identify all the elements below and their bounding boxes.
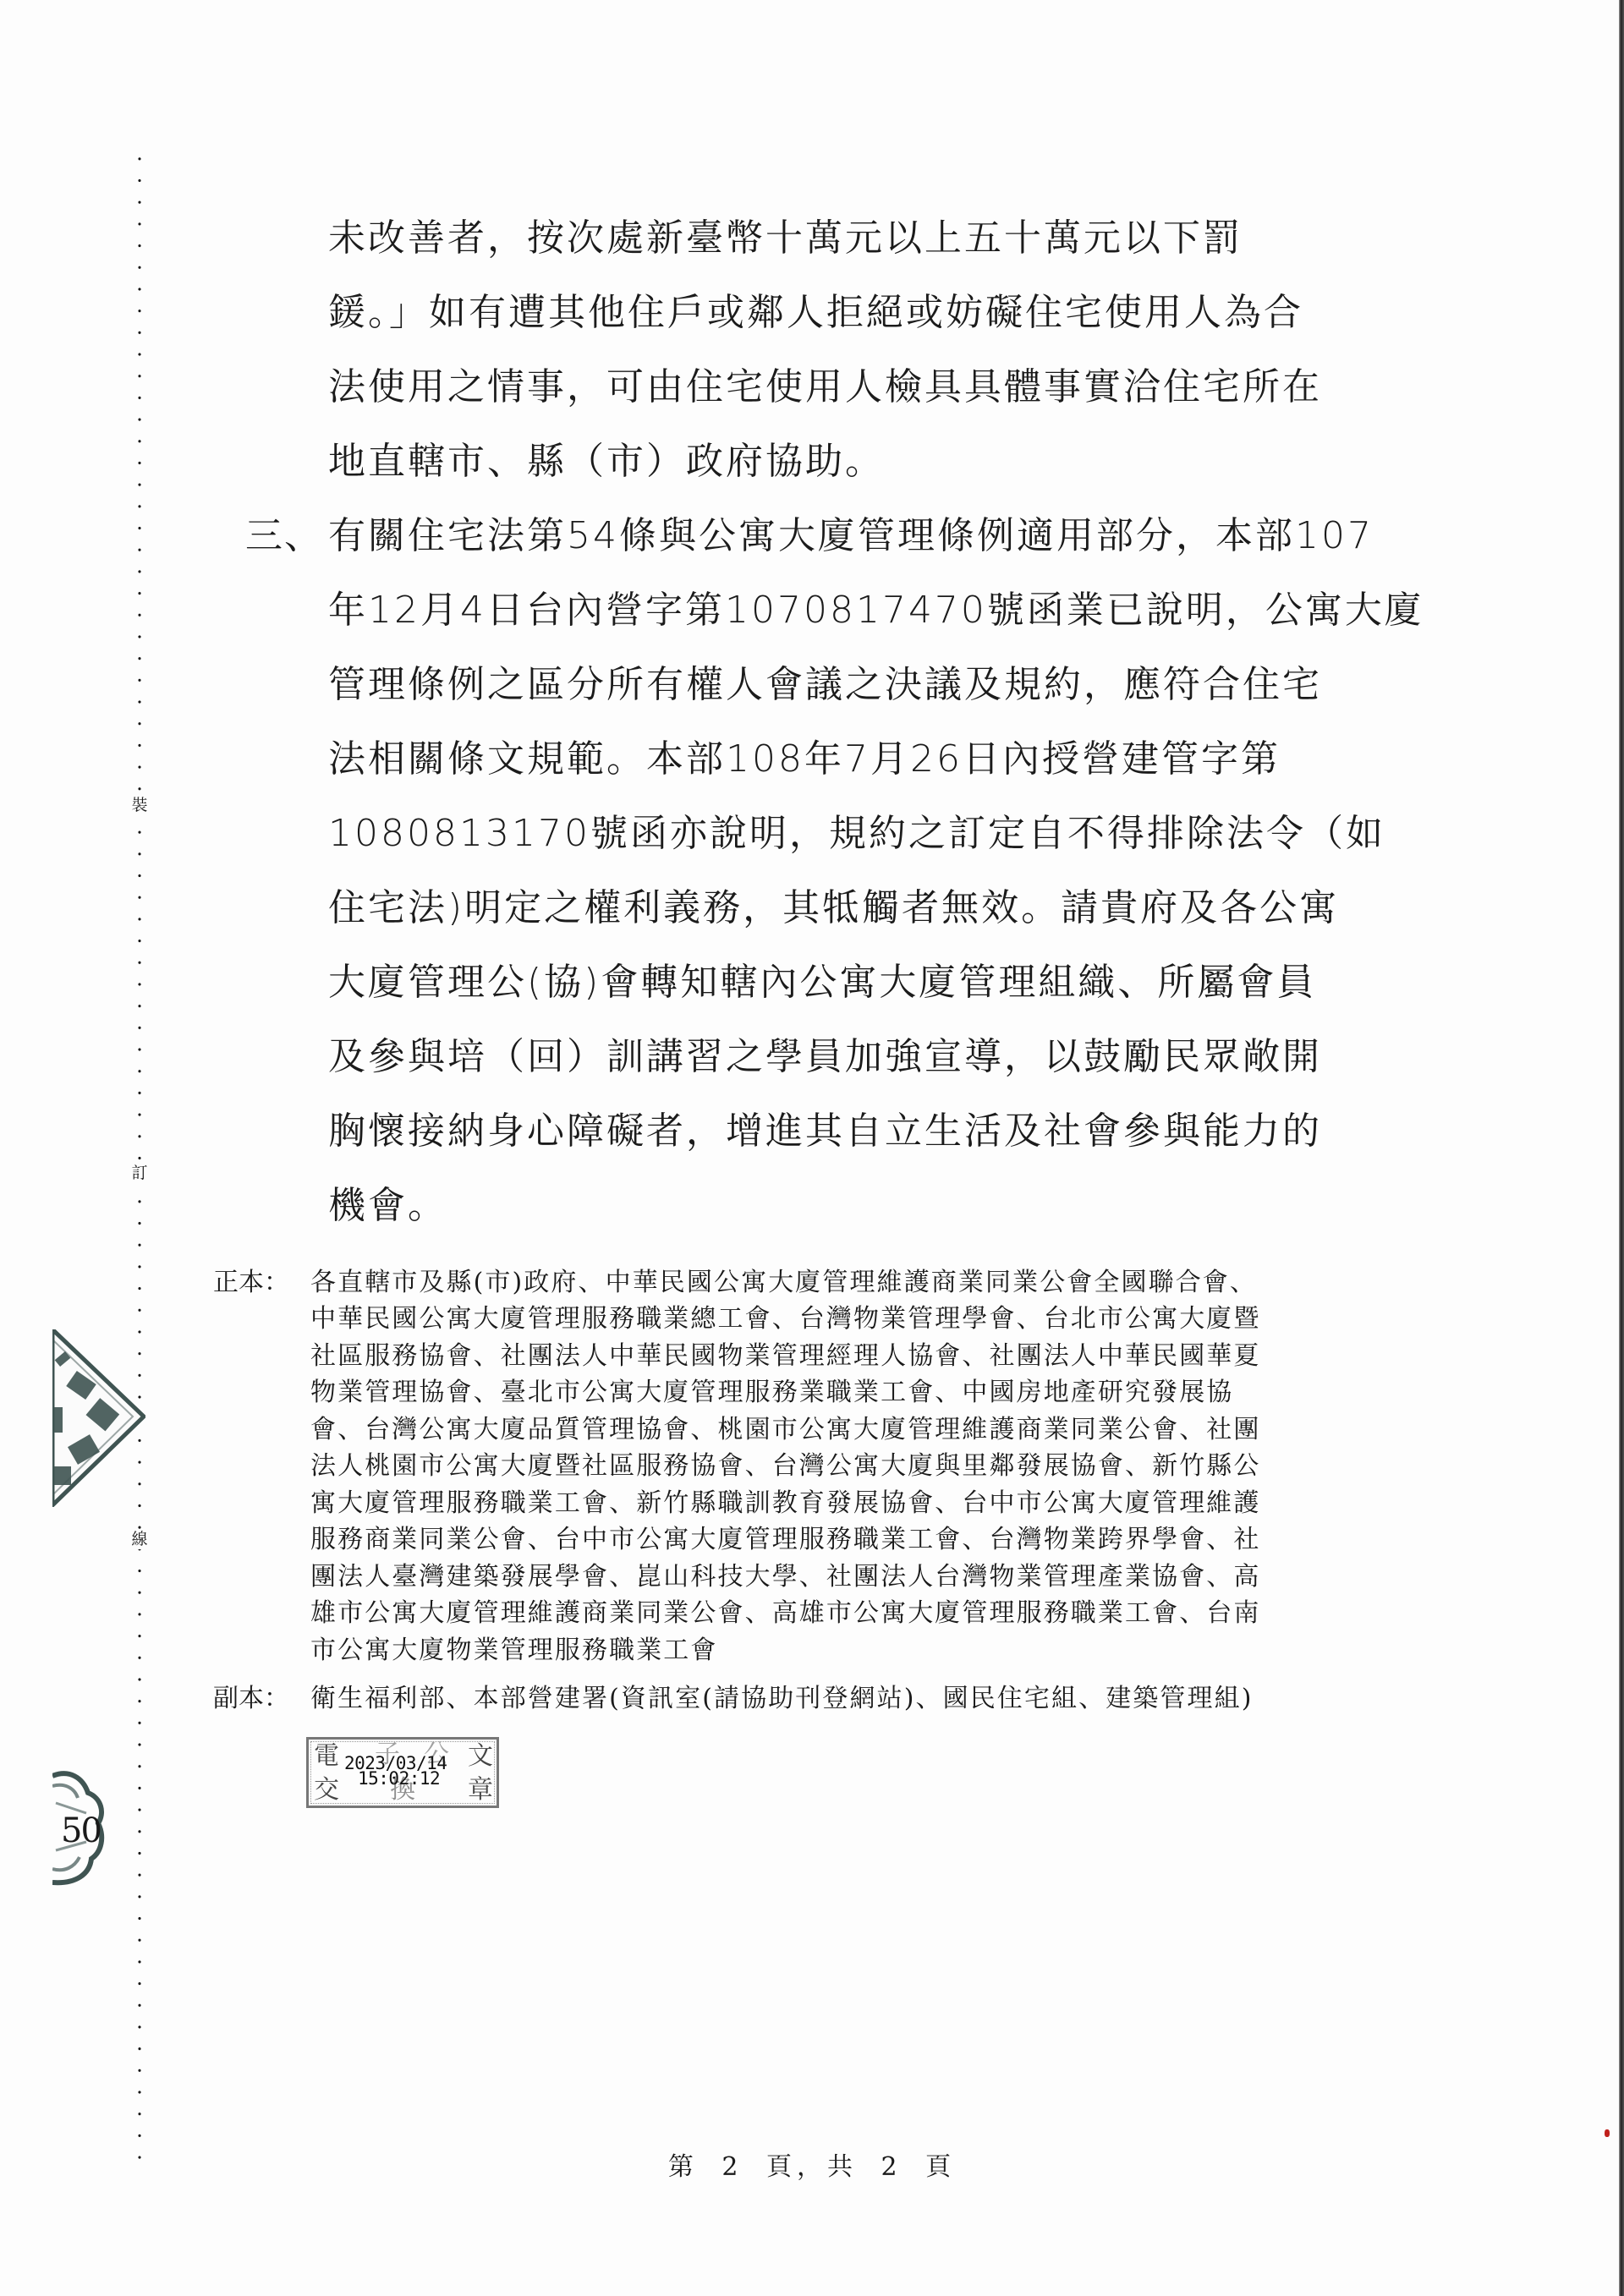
- binding-label-zhuang: 裝: [129, 795, 151, 815]
- paragraph-line: 法使用之情事，可由住宅使用人檢具具體事實洽住宅所在: [328, 363, 1322, 412]
- paragraph-line: 住宅法)明定之權利義務，其牴觸者無效。請貴府及各公寓: [328, 884, 1339, 933]
- recipient-line: 法人桃園市公寓大廈暨社區服務協會、台灣公寓大廈與里鄰發展協會、新竹縣公: [310, 1448, 1261, 1485]
- page-number-footer: 第 2 頁，共 2 頁: [0, 2145, 1624, 2183]
- paragraph-line: 鍰。」如有遭其他住戶或鄰人拒絕或妨礙住宅使用人為合: [328, 288, 1303, 337]
- recipient-line: 會、台灣公寓大廈品質管理協會、桃園市公寓大廈管理維護商業同業公會、社團: [310, 1411, 1261, 1449]
- item-number: 三、: [245, 512, 323, 561]
- scan-edge: [1619, 0, 1624, 2296]
- paragraph-line: 管理條例之區分所有權人會議之決議及規約，應符合住宅: [328, 660, 1322, 710]
- recipient-line: 中華民國公寓大廈管理服務職業總工會、台灣物業管理學會、台北市公寓大廈暨: [310, 1301, 1261, 1338]
- paragraph-line: 年12月4日台內營字第1070817470號函業已說明，公寓大廈: [328, 586, 1424, 635]
- stamp-char: 交: [314, 1777, 339, 1804]
- seal-diamond-icon: [52, 1329, 145, 1507]
- copy-recipients-label: 副本：: [213, 1680, 289, 1718]
- stamp-char: 電: [314, 1743, 339, 1770]
- recipient-line: 團法人臺灣建築發展學會、崑山科技大學、社團法人台灣物業管理產業協會、高: [310, 1559, 1261, 1596]
- paragraph-line: 機會。: [328, 1181, 447, 1230]
- recipient-line: 服務商業同業公會、台中市公寓大廈管理服務職業工會、台灣物業跨界學會、社: [310, 1521, 1261, 1559]
- paragraph-line: 胸懷接納身心障礙者，增進其自立生活及社會參與能力的: [328, 1107, 1322, 1156]
- stamp-char: 章: [468, 1777, 493, 1804]
- original-recipients-label: 正本：: [213, 1264, 289, 1301]
- binding-dotted-line: [138, 148, 141, 2161]
- paragraph-line: 大廈管理公(協)會轉知轄內公寓大廈管理組織、所屬會員: [328, 958, 1316, 1007]
- paragraph-line: 1080813170號函亦說明，規約之訂定自不得排除法令（如: [328, 809, 1385, 858]
- e-document-exchange-stamp: 電 子 公 文 交 換 章 2023/03/14 15:02:12: [306, 1737, 499, 1808]
- binding-label-ding: 訂: [129, 1163, 151, 1183]
- stamp-time: 15:02:12: [358, 1770, 440, 1787]
- paragraph-line: 有關住宅法第54條與公寓大廈管理條例適用部分，本部107: [328, 512, 1374, 561]
- stamp-char: 文: [468, 1743, 493, 1770]
- recipient-line: 物業管理協會、臺北市公寓大廈管理服務業職業工會、中國房地產研究發展協: [310, 1374, 1233, 1411]
- copy-recipient-line: 衛生福利部、本部營建署(資訊室(請協助刊登網站)、國民住宅組、建築管理組): [310, 1680, 1254, 1718]
- binding-label-xian: 線: [129, 1529, 151, 1549]
- seal-number: 50: [61, 1811, 101, 1850]
- recipient-line: 雄市公寓大廈管理維護商業同業公會、高雄市公寓大廈管理服務職業工會、台南: [310, 1595, 1261, 1632]
- recipient-line: 市公寓大廈物業管理服務職業工會: [310, 1632, 718, 1669]
- recipient-line: 社區服務協會、社團法人中華民國物業管理經理人協會、社團法人中華民國華夏: [310, 1338, 1261, 1375]
- paragraph-line: 法相關條文規範。本部108年7月26日內授營建管字第: [328, 735, 1281, 784]
- red-ink-mark: [1605, 2129, 1610, 2137]
- official-seal-fragment: [52, 1329, 145, 1507]
- recipient-line: 寓大廈管理服務職業工會、新竹縣職訓教育發展協會、台中市公寓大廈管理維護: [310, 1485, 1261, 1522]
- paragraph-line: 地直轄市、縣（市）政府協助。: [328, 437, 885, 486]
- recipient-line: 各直轄市及縣(市)政府、中華民國公寓大廈管理維護商業同業公會全國聯合會、: [310, 1264, 1257, 1301]
- paragraph-line: 未改善者，按次處新臺幣十萬元以上五十萬元以下罰: [328, 214, 1243, 263]
- paragraph-line: 及參與培（回）訓講習之學員加強宣導，以鼓勵民眾敞開: [328, 1033, 1322, 1082]
